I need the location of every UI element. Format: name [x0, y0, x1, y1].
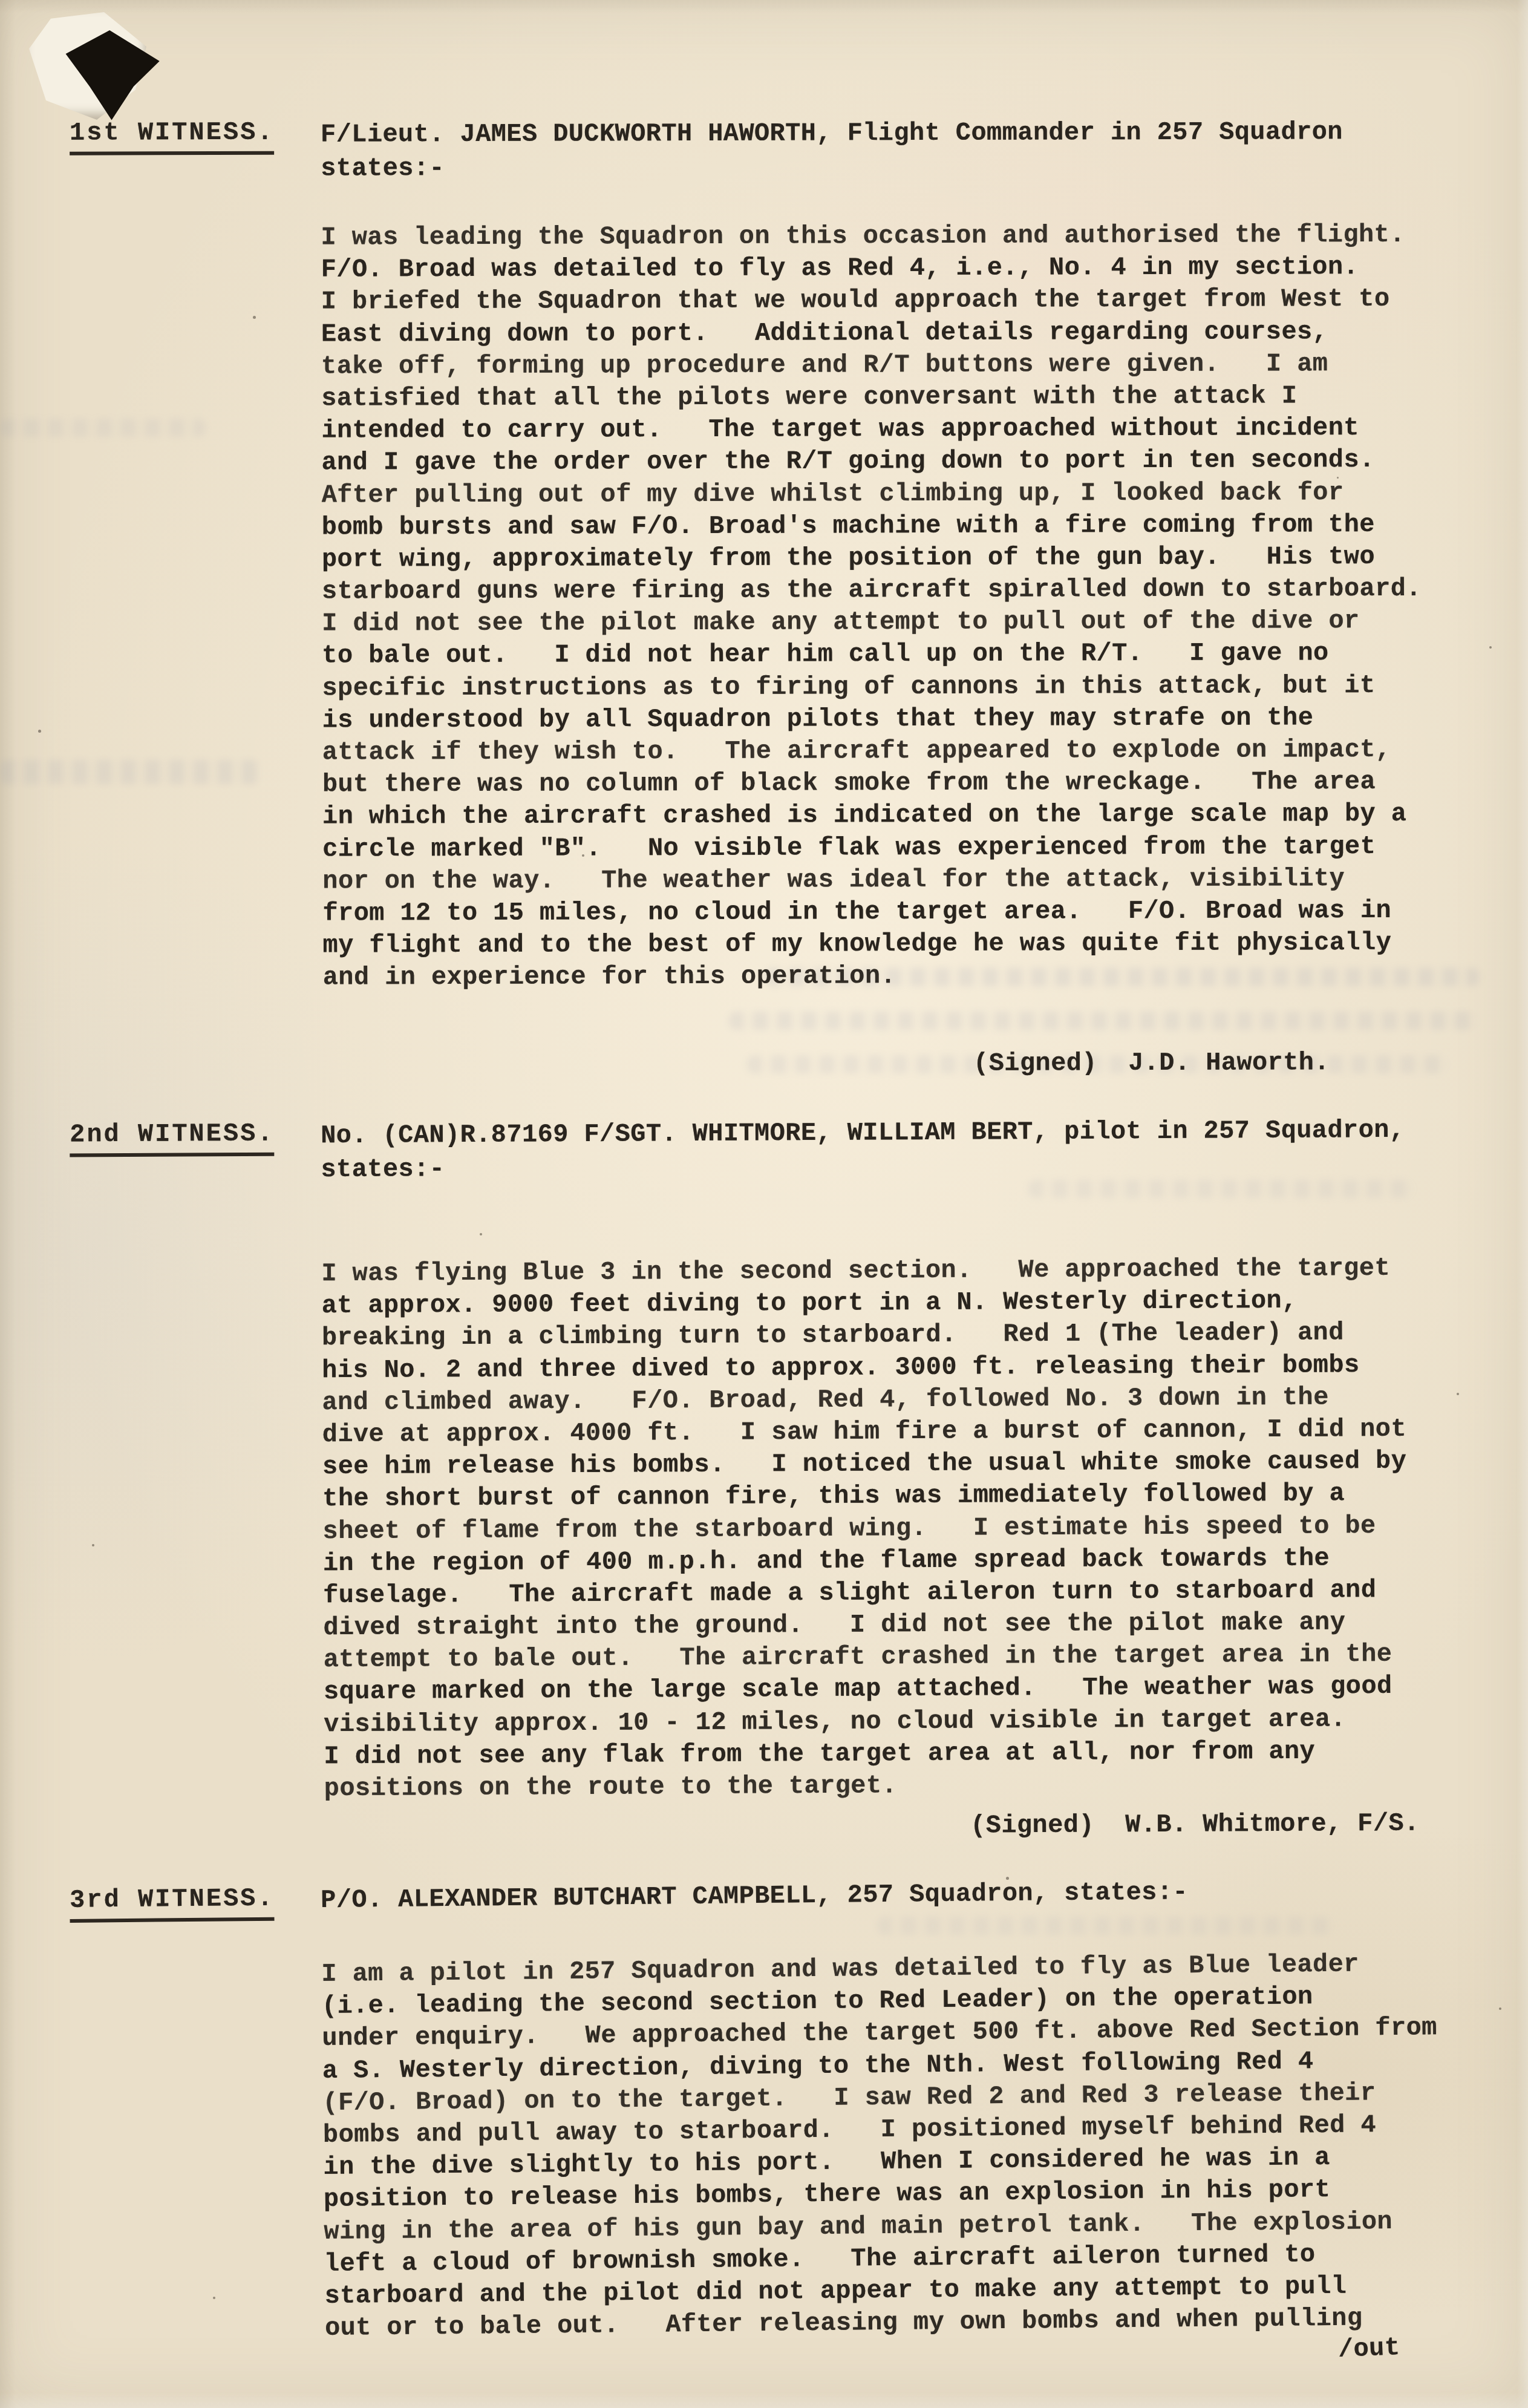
ink-speck [253, 316, 256, 319]
statement-line: satisfied that all the pilots were conve… [321, 380, 1421, 415]
witness-section-1: 1st WITNESS. F/Lieut. JAMES DUCKWORTH HA… [0, 114, 1528, 119]
statement-line: dived straight into the ground. I did no… [323, 1606, 1408, 1644]
statement-line: but there was no column of black smoke f… [322, 766, 1422, 801]
statement-line: and in experience for this operation. [323, 959, 1423, 994]
witness-label: 1st WITNESS. [70, 118, 275, 155]
statement-line: his No. 2 and three dived to approx. 300… [322, 1349, 1406, 1387]
statement-line: dive at approx. 4000 ft. I saw him fire … [322, 1413, 1407, 1451]
witness-intro-line: No. (CAN)R.87169 F/SGT. WHITMORE, WILLIA… [321, 1113, 1405, 1153]
statement-line: I was leading the Squadron on this occas… [321, 219, 1420, 254]
statement-line: attempt to bale out. The aircraft crashe… [324, 1638, 1408, 1677]
statement-line: specific instructions as to firing of ca… [322, 669, 1422, 704]
ink-speck [1499, 2007, 1501, 2010]
bleed-through-smudge [0, 760, 260, 784]
ink-speck [92, 1544, 94, 1546]
statement-line: circle marked "B". No visible flak was e… [322, 830, 1422, 865]
statement-line: F/O. Broad was detailed to fly as Red 4,… [321, 251, 1421, 286]
statement-line: I briefed the Squadron that we would app… [321, 283, 1421, 318]
statement-line: to bale out. I did not hear him call up … [322, 637, 1422, 672]
statement-line: my flight and to the best of my knowledg… [323, 927, 1423, 962]
witness-label: 2nd WITNESS. [70, 1119, 275, 1157]
statement-line: breaking in a climbing turn to starboard… [322, 1317, 1406, 1355]
statement-line: East diving down to port. Additional det… [321, 315, 1421, 350]
statement-line: nor on the way. The weather was ideal fo… [322, 863, 1422, 898]
punched-hole [24, 7, 169, 134]
statement-line: at approx. 9000 feet diving to port in a… [321, 1284, 1406, 1323]
statement-line: I was flying Blue 3 in the second sectio… [321, 1252, 1406, 1291]
ink-speck [1457, 1393, 1459, 1395]
statement-line: bomb bursts and saw F/O. Broad's machine… [322, 509, 1422, 544]
statement-line: attack if they wish to. The aircraft app… [322, 734, 1422, 769]
statement-line: is understood by all Squadron pilots tha… [322, 702, 1422, 737]
statement-line: the short burst of cannon fire, this was… [322, 1477, 1407, 1516]
witness-intro-line: F/Lieut. JAMES DUCKWORTH HAWORTH, Flight… [321, 115, 1343, 151]
statement-line: take off, forming up procedure and R/T b… [321, 348, 1421, 383]
signature-line: (Signed) W.B. Whitmore, F/S. [970, 1809, 1420, 1840]
witness-section-2: 2nd WITNESS. No. (CAN)R.87169 F/SGT. WHI… [0, 1113, 1528, 1121]
witness-label: 3rd WITNESS. [70, 1884, 275, 1923]
typewritten-witness-statement-page: 1st WITNESS. F/Lieut. JAMES DUCKWORTH HA… [0, 0, 1528, 2408]
witness-intro-line: P/O. ALEXANDER BUTCHART CAMPBELL, 257 Sq… [321, 1875, 1188, 1917]
ink-speck [480, 1233, 482, 1235]
statement-line: port wing, approximately from the positi… [322, 541, 1422, 576]
statement-line: square marked on the large scale map att… [324, 1670, 1408, 1709]
bleed-through-smudge [0, 419, 206, 437]
statement-line: starboard guns were firing as the aircra… [322, 573, 1422, 608]
bleed-through-smudge [729, 1012, 1479, 1030]
statement-line: fuselage. The aircraft made a slight ail… [323, 1574, 1408, 1612]
ink-speck [213, 2297, 215, 2299]
statement-line: I did not see the pilot make any attempt… [322, 605, 1422, 640]
statement-line: and climbed away. F/O. Broad, Red 4, fol… [322, 1381, 1406, 1419]
witness-intro-line: states:- [321, 149, 1343, 185]
ink-speck [1489, 646, 1492, 649]
ink-speck [38, 730, 41, 733]
statement-line: from 12 to 15 miles, no cloud in the tar… [322, 895, 1422, 930]
statement-line: I did not see any flak from the target a… [324, 1735, 1408, 1773]
witness-section-3: 3rd WITNESS. P/O. ALEXANDER BUTCHART CAM… [0, 1872, 1528, 1886]
witness-intro-line: states:- [321, 1147, 1405, 1186]
statement-line: in the region of 400 m.p.h. and the flam… [323, 1542, 1408, 1580]
statement-line: visibility approx. 10 - 12 miles, no clo… [324, 1703, 1408, 1741]
statement-line: and I gave the order over the R/T going … [321, 444, 1421, 479]
signature-line: (Signed) J.D. Haworth. [973, 1048, 1330, 1078]
statement-line: positions on the route to the target. [324, 1767, 1409, 1805]
statement-line: in which the aircraft crashed is indicat… [322, 798, 1422, 833]
statement-line: After pulling out of my dive whilst clim… [322, 476, 1422, 511]
continuation-mark: /out [1337, 2333, 1400, 2364]
statement-line: sheet of flame from the starboard wing. … [322, 1510, 1407, 1548]
bleed-through-smudge [877, 1917, 1337, 1935]
statement-line: intended to carry out. The target was ap… [321, 412, 1421, 447]
statement-line: see him release his bombs. I noticed the… [322, 1445, 1407, 1484]
